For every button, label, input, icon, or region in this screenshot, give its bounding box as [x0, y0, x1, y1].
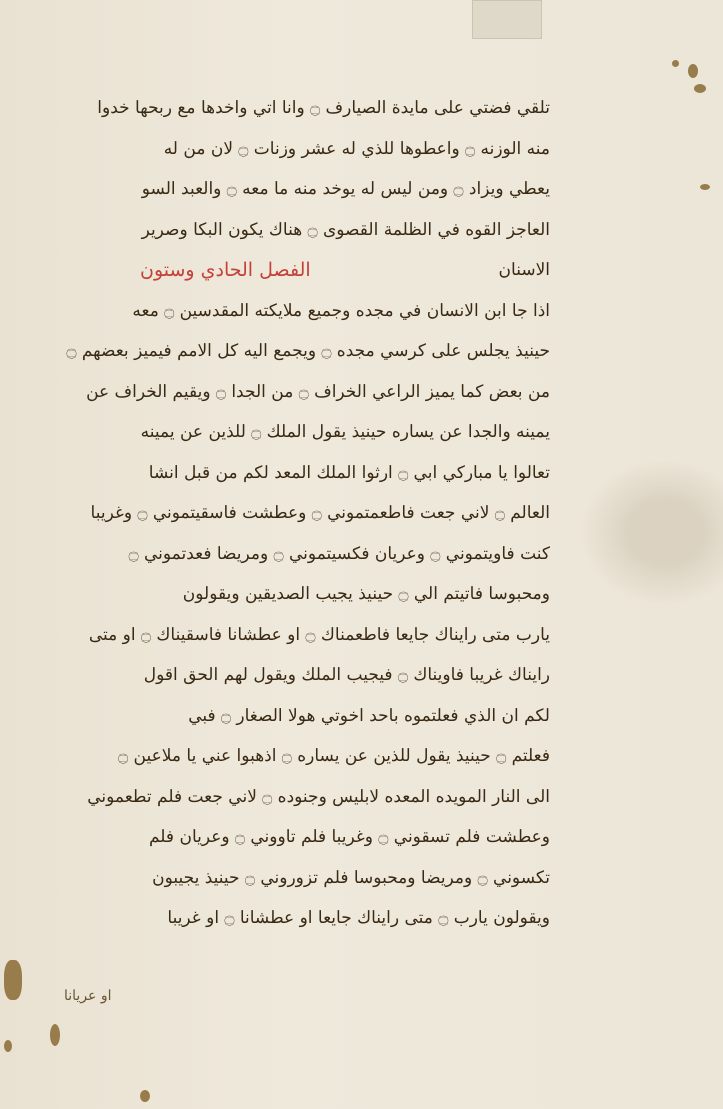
text-line: رايناك غريبا فاويناك ۝ فيجيب الملك ويقول… [30, 655, 550, 696]
text-line: اذا جا ابن الانسان في مجده وجميع ملايكته… [30, 291, 550, 332]
ink-stain [688, 64, 698, 78]
ink-stain [672, 60, 679, 67]
text-line: العالم ۝ لاني جعت فاطعمتموني ۝ وعطشت فاس… [30, 493, 550, 534]
text-line: ويقولون يارب ۝ متى رايناك جايعا او عطشان… [30, 898, 550, 939]
text-line: يمينه والجدا عن يساره حينيذ يقول الملك ۝… [30, 412, 550, 453]
text-line-end: الاسنان [499, 250, 550, 291]
text-line: منه الوزنه ۝ واعطوها للذي له عشر وزنات ۝… [30, 129, 550, 170]
text-line: ومحبوسا فاتيتم الي ۝ حينيذ يجيب الصديقين… [30, 574, 550, 615]
ink-stain [694, 84, 706, 93]
heading-line: الاسنان الفصل الحادي وستون [30, 250, 550, 291]
manuscript-text: تلقي فضتي على مايدة الصيارف ۝ وانا اتي و… [30, 88, 550, 939]
text-line: من بعض كما يميز الراعي الخراف ۝ من الجدا… [30, 372, 550, 413]
ink-stain [4, 1040, 12, 1052]
text-line: حينيذ يجلس على كرسي مجده ۝ ويجمع اليه كل… [30, 331, 550, 372]
text-line: وعطشت فلم تسقوني ۝ وغريبا فلم تاووني ۝ و… [30, 817, 550, 858]
text-line: الى النار المويده المعده لابليس وجنوده ۝… [30, 777, 550, 818]
chapter-heading: الفصل الحادي وستون [140, 250, 311, 291]
ink-stain [140, 1090, 150, 1102]
manuscript-page: تلقي فضتي على مايدة الصيارف ۝ وانا اتي و… [0, 0, 723, 1109]
catchword: او عريانا [64, 988, 112, 1004]
text-line: تلقي فضتي على مايدة الصيارف ۝ وانا اتي و… [30, 88, 550, 129]
text-line: فعلتم ۝ حينيذ يقول للذين عن يساره ۝ اذهب… [30, 736, 550, 777]
ink-stain [700, 184, 710, 190]
ink-stain [50, 1024, 60, 1046]
text-line: يارب متى رايناك جايعا فاطعمناك ۝ او عطشا… [30, 615, 550, 656]
text-line: كنت فاويتموني ۝ وعريان فكسيتموني ۝ ومريض… [30, 534, 550, 575]
text-line: يعطي ويزاد ۝ ومن ليس له يوخد منه ما معه … [30, 169, 550, 210]
text-line: لكم ان الذي فعلتموه باحد اخوتي هولا الصغ… [30, 696, 550, 737]
text-line: تكسوني ۝ ومريضا ومحبوسا فلم تزوروني ۝ حي… [30, 858, 550, 899]
text-line: العاجز القوه في الظلمة القصوى ۝ هناك يكو… [30, 210, 550, 251]
text-line: تعالوا يا مباركي ابي ۝ ارثوا الملك المعد… [30, 453, 550, 494]
paper-tab [472, 0, 542, 39]
ink-stain [4, 960, 22, 1000]
